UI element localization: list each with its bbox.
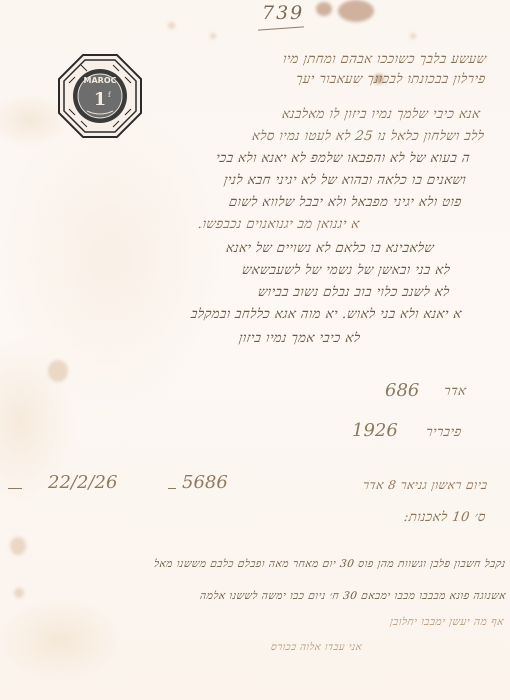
body-line: ושאנים בו כלאה ובהוא של לא יגיני חבא לני…: [223, 172, 467, 188]
subheading: ס׳ 10 לאכנות:: [403, 509, 487, 525]
body-line: א יגנואן מב יגנואנוים נכבפשו.: [197, 216, 361, 232]
svg-text:1: 1: [94, 89, 107, 110]
svg-text:MAROC: MAROC: [84, 76, 117, 85]
header-line: פירלון בבכונתו לבכונך שעאבור יעך: [295, 71, 487, 87]
dash: [8, 488, 22, 489]
body-line: א יאנא ולא בני לאוש. יא מוה אגא כללחב וב…: [190, 306, 463, 322]
hebrew-month-label: אדר: [442, 383, 467, 399]
ink-stain: [10, 537, 26, 555]
ink-stain: [316, 2, 332, 16]
ink-stain: [410, 33, 416, 39]
gregorian-month-label: פיבריר: [425, 424, 463, 440]
gregorian-date: 22/2/26: [48, 472, 117, 493]
footer-line: אף מה יעשן ימבבו יחלובן: [389, 616, 505, 628]
footer-line: אשנוגה פונא מבבבו מבבו ימבאם 30 ח׳ ניום …: [199, 590, 507, 602]
body-line: ללב ושלחון כלאל נו 25 לא לעטו נמיו סלא: [251, 128, 486, 144]
signature: אני עבדו אלוה בכורס: [270, 642, 363, 653]
page-number-underline: [258, 26, 304, 30]
hebrew-full-year: 5686: [182, 472, 228, 493]
body-line: פוט ולא יגיני מפבאל ולא יבבל שלווא לשום: [228, 194, 463, 210]
ink-stain: [338, 0, 374, 22]
ink-stain: [48, 360, 68, 382]
hebrew-year: 686: [385, 380, 419, 401]
body-line: ה בעוא של לא והפבאו שלמפ לא יאנא ולא בכי: [215, 150, 471, 166]
header-line: שעשע בלבך כשוככו אבהם ומחתן מיו: [281, 51, 487, 67]
ink-stain: [14, 588, 24, 598]
stamp-icon: MAROC 1 f: [57, 53, 143, 139]
body-line: לא לשנב כלוי בוב נבלם נשוב בביוש: [257, 284, 451, 300]
gregorian-year: 1926: [352, 420, 398, 441]
page-number: 739: [262, 2, 304, 24]
document-page: 739 MAROC 1 f שעשע בלבך כשוככו אבהם ומחת…: [0, 0, 510, 700]
ink-stain: [210, 33, 216, 39]
footer-line: נקבל חשבון פלבן וגשוות מהן פוס 30 יום מא…: [154, 558, 507, 570]
body-line: אנא כיבי שלמך נמיו ביזון לו מאלבנא: [281, 106, 482, 122]
ink-stain: [168, 22, 175, 29]
body-line: לא כיבי אמך נמיו ביזון: [238, 330, 362, 346]
body-line: שלאבינא בו כלאם לא נשויים של יאנא: [225, 240, 435, 256]
dash: [168, 488, 176, 489]
body-line: לא בני ובאשן של נשמי של לשעבשאש: [241, 262, 451, 278]
dated-line-text: ביום ראשון גניאר 8 אדר: [362, 478, 489, 493]
revenue-stamp: MAROC 1 f: [57, 53, 143, 139]
